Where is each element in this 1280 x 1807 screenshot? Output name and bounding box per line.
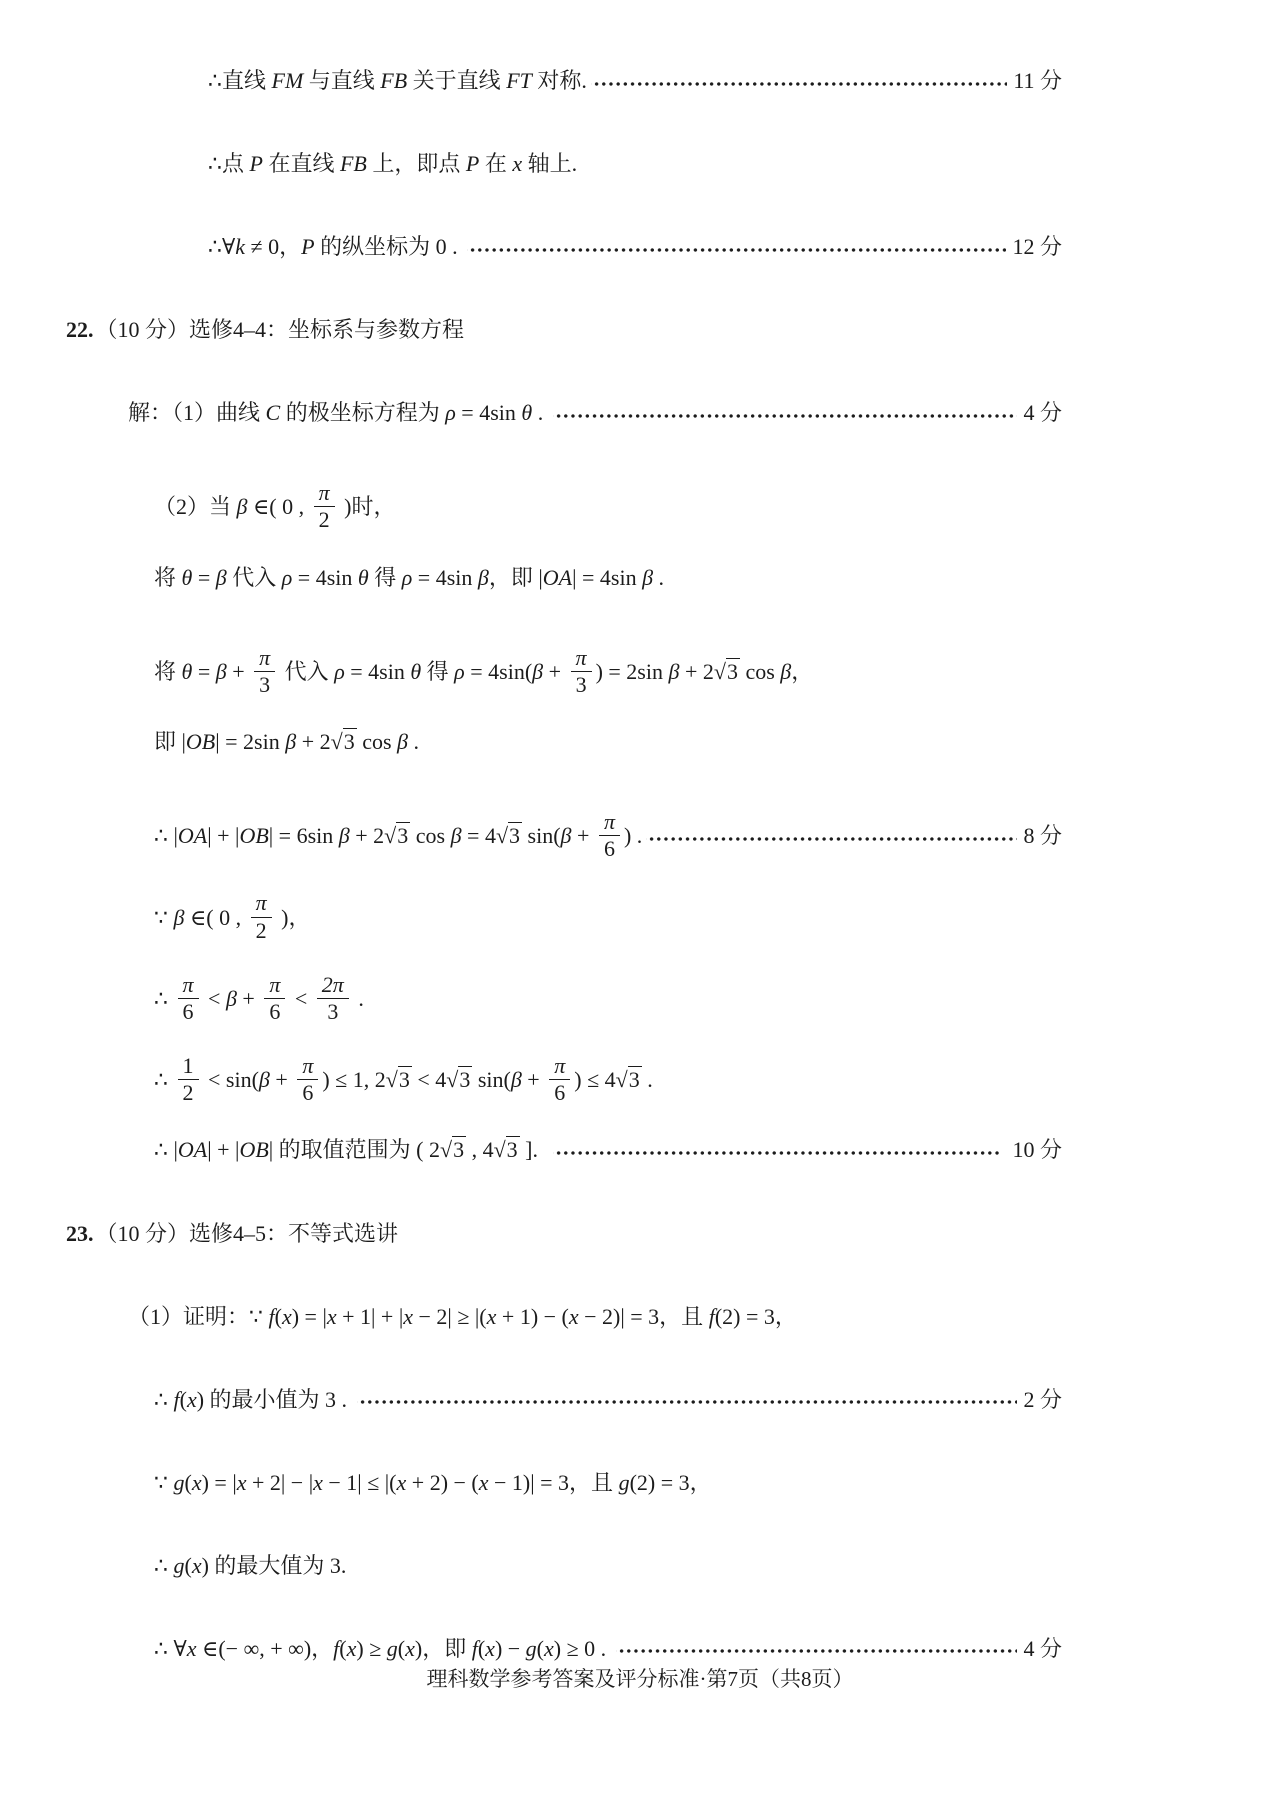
text-run: . — [642, 1065, 653, 1094]
text-run: + — [270, 1065, 293, 1094]
text-run: ∴直线 — [208, 66, 272, 95]
text-run: < — [289, 984, 312, 1013]
text-run: （1）证明：∵ — [128, 1302, 269, 1331]
square-root: √3 — [714, 657, 740, 686]
text-run: P — [466, 149, 479, 178]
text-run: ∴点 — [208, 149, 250, 178]
text-run: x — [347, 1634, 357, 1663]
page-footer: 理科数学参考答案及评分标准·第7页（共8页） — [0, 1666, 1280, 1694]
text-run: ( — [339, 1634, 346, 1663]
text-run: β — [669, 657, 680, 686]
square-root: √3 — [384, 821, 410, 850]
text-run: ∴ | — [154, 1135, 178, 1164]
text-run: + — [237, 984, 260, 1013]
text-run: )，即 — [415, 1634, 472, 1663]
text-run: 轴上. — [522, 149, 577, 178]
text-run: − 2| ≥ |( — [413, 1302, 487, 1331]
text-run: x — [327, 1302, 337, 1331]
fraction: π6 — [264, 973, 285, 1024]
square-root: √3 — [331, 727, 357, 756]
doc-line: ∴直线 FM 与直线 FB 关于直线 FT 对称.11 分 — [66, 66, 1062, 95]
text-run: − 1)| = 3，且 — [489, 1468, 619, 1497]
text-run: ]. — [520, 1135, 549, 1164]
text-run: ) ≤ 1, 2 — [322, 1065, 385, 1094]
text-run: 代入 — [227, 563, 282, 592]
text-run: 对称. — [532, 66, 587, 95]
text-run: + — [227, 657, 250, 686]
text-run: ) 的最小值为 3 . — [197, 1385, 353, 1414]
text-run: = — [192, 563, 215, 592]
text-run: ( — [537, 1634, 544, 1663]
text-run: 关于直线 — [407, 66, 506, 95]
text-run: C — [266, 398, 281, 427]
text-run: − 1| ≤ |( — [323, 1468, 397, 1497]
doc-line: 22.（10 分）选修4–4：坐标系与参数方程 — [66, 315, 1062, 344]
text-run: β — [216, 563, 227, 592]
text-run: 将 — [154, 563, 182, 592]
text-run: 将 — [154, 657, 182, 686]
text-run: . — [408, 727, 419, 756]
text-run: 的极坐标方程为 — [280, 398, 445, 427]
text-run: + 2 — [350, 821, 384, 850]
text-run: + 2 — [679, 657, 713, 686]
text-run: 的纵坐标为 0 . — [315, 232, 464, 261]
text-run: FB — [380, 66, 407, 95]
text-run: β — [216, 657, 227, 686]
doc-line: ∴ π6 < β + π6 < 2π3 . — [66, 973, 1062, 1024]
text-run: ) 的最大值为 3. — [202, 1551, 347, 1580]
doc-line: ∴ f(x) 的最小值为 3 . 2 分 — [66, 1385, 1062, 1414]
doc-line: （1）证明：∵ f(x) = |x + 1| + |x − 2| ≥ |(x +… — [66, 1302, 1062, 1331]
text-run: < 4 — [412, 1065, 446, 1094]
text-run: | = 6sin — [269, 821, 339, 850]
text-run: x — [187, 1385, 197, 1414]
text-run: x — [282, 1302, 292, 1331]
text-run: x — [192, 1551, 202, 1580]
text-run: ρ — [334, 657, 345, 686]
score-label: 8 分 — [1023, 821, 1062, 850]
text-run: k — [235, 232, 245, 261]
text-run: x — [405, 1634, 415, 1663]
text-run: ) = | — [292, 1302, 327, 1331]
text-run: | 的取值范围为 ( 2 — [269, 1135, 440, 1164]
text-run: ( — [185, 1551, 192, 1580]
text-run: OA — [178, 821, 207, 850]
square-root: √3 — [616, 1065, 642, 1094]
dotted-leader — [646, 828, 1017, 850]
text-run: = — [192, 657, 215, 686]
text-run: θ — [358, 563, 369, 592]
text-run: β — [237, 492, 248, 521]
fraction: 2π3 — [317, 973, 349, 1024]
text-run: β — [259, 1065, 270, 1094]
text-run: 与直线 — [303, 66, 380, 95]
text-run: = 4sin — [345, 657, 411, 686]
square-root: √3 — [386, 1065, 412, 1094]
fraction: π3 — [571, 646, 592, 697]
text-run: 22. — [66, 315, 96, 344]
fraction: 12 — [178, 1054, 199, 1105]
text-run: （10 分）选修4–4：坐标系与参数方程 — [96, 315, 465, 344]
text-run: + 2) − ( — [406, 1468, 478, 1497]
text-run: + 1) − ( — [496, 1302, 568, 1331]
text-run: g — [619, 1468, 630, 1497]
text-run: P — [250, 149, 263, 178]
doc-line: ∵ g(x) = |x + 2| − |x − 1| ≤ |(x + 2) − … — [66, 1468, 1062, 1497]
text-run: + 2 — [296, 727, 330, 756]
doc-line: 将 θ = β 代入 ρ = 4sin θ 得 ρ = 4sin β，即 |OA… — [66, 563, 1062, 592]
text-run: 23. — [66, 1219, 96, 1248]
text-run: OB — [239, 821, 268, 850]
text-run: x — [479, 1468, 489, 1497]
text-run: β — [561, 821, 572, 850]
text-run: + — [522, 1065, 545, 1094]
text-run: ( — [275, 1302, 282, 1331]
text-run: − 2)| = 3，且 — [579, 1302, 709, 1331]
text-run: ) = 2sin — [596, 657, 669, 686]
dotted-leader — [616, 1640, 1018, 1662]
fraction: π2 — [314, 481, 335, 532]
text-run: | = 2sin — [215, 727, 285, 756]
text-run: ρ — [445, 398, 456, 427]
text-run: θ — [410, 657, 421, 686]
text-run: （10 分）选修4–5：不等式选讲 — [96, 1219, 399, 1248]
square-root: √3 — [494, 1135, 520, 1164]
dotted-leader — [357, 1391, 1018, 1413]
text-run: ∈( 0 , — [247, 492, 309, 521]
dotted-leader — [553, 405, 1018, 427]
text-run: | + | — [207, 1135, 239, 1164]
text-run: | + | — [207, 821, 239, 850]
text-run: g — [387, 1634, 398, 1663]
document-lines: ∴直线 FM 与直线 FB 关于直线 FT 对称.11 分∴点 P 在直线 FB… — [66, 66, 1062, 1663]
text-run: 解：（1）曲线 — [128, 398, 266, 427]
text-run: cos — [410, 821, 450, 850]
score-label: 2 分 — [1023, 1385, 1062, 1414]
text-run: x — [512, 149, 522, 178]
text-run: β — [285, 727, 296, 756]
text-run: + — [543, 657, 566, 686]
text-run: θ — [521, 398, 532, 427]
text-run: ρ — [454, 657, 465, 686]
text-run: ∴ — [154, 1065, 174, 1094]
text-run: β — [780, 657, 791, 686]
text-run: cos — [740, 657, 780, 686]
text-run: OA — [543, 563, 572, 592]
text-run: β — [226, 984, 237, 1013]
doc-line: ∴ |OA| + |OB| = 6sin β + 2√3 cos β = 4√3… — [66, 810, 1062, 861]
doc-line: ∴点 P 在直线 FB 上，即点 P 在 x 轴上. — [66, 149, 1062, 178]
text-run: ρ — [402, 563, 413, 592]
text-run: β — [532, 657, 543, 686]
text-run: sin( — [472, 1065, 511, 1094]
score-label: 12 分 — [1012, 232, 1062, 261]
text-run: g — [174, 1468, 185, 1497]
text-run: 即 | — [154, 727, 186, 756]
text-run: . — [653, 563, 664, 592]
text-run: ) ≥ 0 . — [554, 1634, 612, 1663]
text-run: x — [237, 1468, 247, 1497]
score-label: 11 分 — [1013, 66, 1062, 95]
dotted-leader — [553, 1142, 1001, 1164]
text-run: sin( — [522, 821, 561, 850]
doc-line: 解：（1）曲线 C 的极坐标方程为 ρ = 4sin θ . 4 分 — [66, 398, 1062, 427]
text-run: β — [397, 727, 408, 756]
text-run: ，即 | — [489, 563, 543, 592]
text-run: ∴ — [154, 984, 174, 1013]
doc-line: 23.（10 分）选修4–5：不等式选讲 — [66, 1219, 1062, 1248]
dotted-leader — [591, 73, 1007, 95]
text-run: ) . — [624, 821, 642, 850]
text-run: ) ≤ 4 — [574, 1065, 615, 1094]
text-run: OB — [239, 1135, 268, 1164]
text-run: , 4 — [466, 1135, 494, 1164]
doc-line: ∴ g(x) 的最大值为 3. — [66, 1551, 1062, 1580]
text-run: g — [174, 1551, 185, 1580]
text-run: β — [451, 821, 462, 850]
text-run: P — [301, 232, 314, 261]
text-run: θ — [182, 563, 193, 592]
fraction: π6 — [599, 810, 620, 861]
doc-line: ∵ β ∈( 0 , π2 )， — [66, 891, 1062, 942]
text-run: x — [569, 1302, 579, 1331]
text-run: ) ≥ — [356, 1634, 386, 1663]
text-run: x — [487, 1302, 497, 1331]
text-run: + — [572, 821, 595, 850]
text-run: | = 4sin — [572, 563, 642, 592]
text-run: ∴ ∀ — [154, 1634, 187, 1663]
text-run: cos — [357, 727, 397, 756]
text-run: ≠ 0， — [245, 232, 301, 261]
doc-line: ∴ 12 < sin(β + π6) ≤ 1, 2√3 < 4√3 sin(β … — [66, 1054, 1062, 1105]
text-run: FM — [272, 66, 304, 95]
text-run: + 1| + | — [337, 1302, 404, 1331]
text-run: x — [397, 1468, 407, 1497]
square-root: √3 — [440, 1135, 466, 1164]
text-run: 上，即点 — [367, 149, 466, 178]
text-run: ∈(− ∞, + ∞)， — [197, 1634, 334, 1663]
text-run: < sin( — [203, 1065, 259, 1094]
text-run: + 2| − | — [247, 1468, 314, 1497]
dotted-leader — [467, 239, 1006, 261]
text-run: ∵ — [154, 1468, 174, 1497]
text-run: . — [532, 398, 549, 427]
text-run: ∴ — [154, 1385, 174, 1414]
text-run: x — [544, 1634, 554, 1663]
text-run: x — [192, 1468, 202, 1497]
text-run: = 4sin( — [465, 657, 532, 686]
text-run: g — [526, 1634, 537, 1663]
text-run: ) = | — [202, 1468, 237, 1497]
score-label: 10 分 — [1007, 1135, 1062, 1164]
text-run: （2）当 — [154, 492, 237, 521]
text-run: x — [485, 1634, 495, 1663]
text-run: ∴ — [154, 1551, 174, 1580]
text-run: = 4 — [462, 821, 496, 850]
text-run: x — [313, 1468, 323, 1497]
doc-line: 即 |OB| = 2sin β + 2√3 cos β . — [66, 727, 1062, 756]
text-run: x — [403, 1302, 413, 1331]
text-run: ∈( 0 , — [184, 903, 246, 932]
text-run: 在 — [479, 149, 512, 178]
fraction: π6 — [178, 973, 199, 1024]
text-run: (2) = 3， — [630, 1468, 712, 1497]
doc-line: ∴ |OA| + |OB| 的取值范围为 ( 2√3 , 4√3 ]. 10 分 — [66, 1135, 1062, 1164]
text-run: ( — [180, 1385, 187, 1414]
text-run: 得 — [369, 563, 402, 592]
text-run: ， — [791, 657, 813, 686]
text-run: = 4sin — [456, 398, 522, 427]
fraction: π2 — [251, 891, 272, 942]
text-run: 得 — [421, 657, 454, 686]
text-run: β — [339, 821, 350, 850]
square-root: √3 — [496, 821, 522, 850]
score-label: 4 分 — [1023, 1634, 1062, 1663]
answer-key-page: ∴直线 FM 与直线 FB 关于直线 FT 对称.11 分∴点 P 在直线 FB… — [0, 0, 1280, 1807]
text-run: < — [203, 984, 226, 1013]
doc-line: ∴ ∀x ∈(− ∞, + ∞)，f(x) ≥ g(x)，即 f(x) − g(… — [66, 1634, 1062, 1663]
text-run: ρ — [282, 563, 293, 592]
doc-line: 将 θ = β + π3 代入 ρ = 4sin θ 得 ρ = 4sin(β … — [66, 646, 1062, 697]
text-run: 在直线 — [263, 149, 340, 178]
text-run: ) − — [495, 1634, 526, 1663]
text-run: β — [478, 563, 489, 592]
text-run: OA — [178, 1135, 207, 1164]
text-run: (2) = 3， — [715, 1302, 797, 1331]
text-run: ( — [185, 1468, 192, 1497]
text-run: ∴∀ — [208, 232, 235, 261]
doc-line: （2）当 β ∈( 0 , π2 )时， — [66, 481, 1062, 532]
text-run: )， — [276, 903, 311, 932]
fraction: π3 — [254, 646, 275, 697]
text-run: 代入 — [279, 657, 334, 686]
score-label: 4 分 — [1023, 398, 1062, 427]
text-run: FT — [506, 66, 532, 95]
fraction: π6 — [297, 1054, 318, 1105]
text-run: β — [174, 903, 185, 932]
text-run: β — [642, 563, 653, 592]
text-run: ∵ — [154, 903, 174, 932]
text-run: = 4sin — [412, 563, 478, 592]
text-run: . — [353, 984, 364, 1013]
doc-line: ∴∀k ≠ 0，P 的纵坐标为 0 . 12 分 — [66, 232, 1062, 261]
square-root: √3 — [446, 1065, 472, 1094]
text-run: θ — [182, 657, 193, 686]
text-run: ∴ | — [154, 821, 178, 850]
fraction: π6 — [549, 1054, 570, 1105]
text-run: OB — [186, 727, 215, 756]
text-run: x — [187, 1634, 197, 1663]
text-run: )时， — [339, 492, 396, 521]
text-run: β — [511, 1065, 522, 1094]
text-run: FB — [340, 149, 367, 178]
text-run: = 4sin — [292, 563, 358, 592]
